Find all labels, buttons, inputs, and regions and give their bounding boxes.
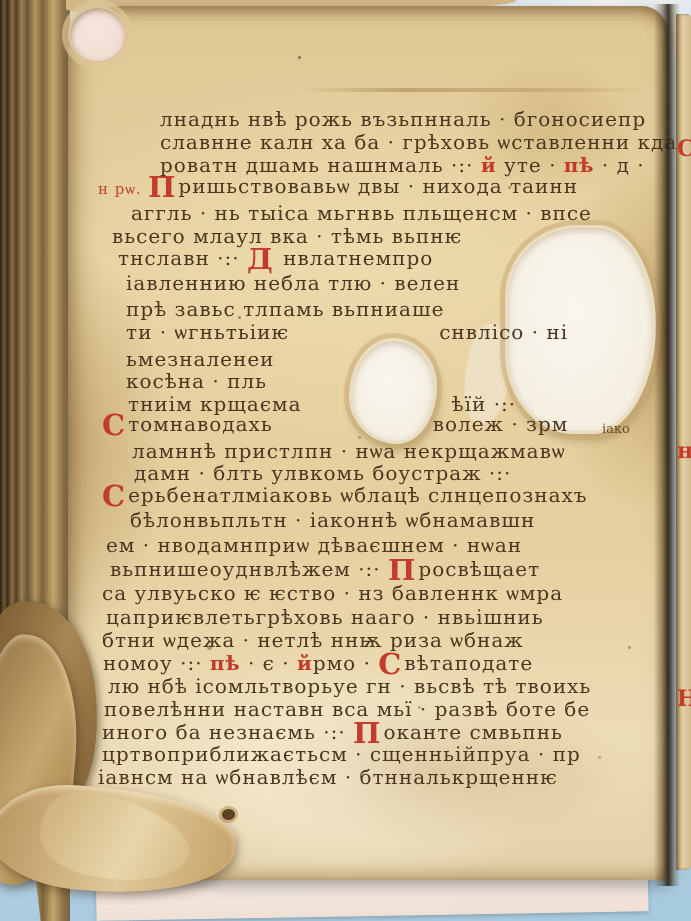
parchment-hole-large xyxy=(505,225,656,434)
parchment-specks xyxy=(298,56,301,59)
adjacent-page-edge: СнН xyxy=(676,14,691,870)
parchment-crease xyxy=(298,88,648,92)
adjacent-page-rubric: С xyxy=(677,138,691,160)
adjacent-page-rubric: н xyxy=(677,440,691,462)
parchment-hole-round xyxy=(68,6,127,63)
parchment-hole-small xyxy=(349,338,437,444)
margin-note-left: н рѡ. xyxy=(98,180,142,199)
parchment-stain xyxy=(248,696,628,846)
manuscript-page xyxy=(68,6,668,880)
manuscript-photo: лнаднь нвѣ рожь възьпнналь · бгоносиепрс… xyxy=(0,0,691,921)
margin-note-right: іако xyxy=(602,422,630,437)
wormhole xyxy=(222,809,235,820)
adjacent-page-rubric: Н xyxy=(677,688,691,710)
